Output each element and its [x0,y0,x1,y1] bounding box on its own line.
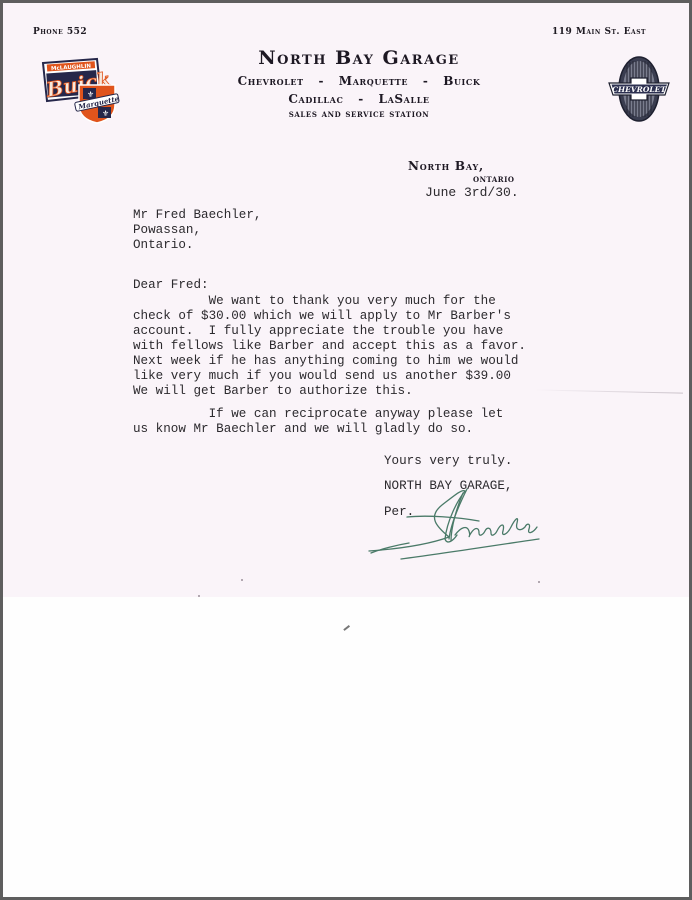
pen-mark [343,625,349,630]
paper-fold-line [533,389,683,393]
svg-text:⚜: ⚜ [102,109,109,118]
recipient-town: Powassan, [133,223,261,238]
street-address: 119 Main St. East [552,27,646,37]
salutation: Dear Fred: [133,278,209,293]
buick-marquette-logo-icon: McLAUGHLIN Buick ⚜ ⚜ Marquette [39,55,121,125]
company-name: North Bay Garage [153,47,565,69]
tagline: sales and service station [153,109,565,120]
paper-speck [241,579,243,581]
recipient-address: Mr Fred Baechler,Powassan,Ontario. [133,208,261,253]
paper-speck [538,581,540,583]
recipient-province: Ontario. [133,238,261,253]
body-paragraph-2: If we can reciprocate anyway please let … [133,407,503,437]
province: ONTARIO [473,175,514,184]
closing: Yours very truly. [384,454,512,469]
brands-line-1: Chevrolet - Marquette - Buick [153,74,565,88]
svg-text:CHEVROLET: CHEVROLET [612,85,667,94]
handwritten-signature-icon [367,487,547,562]
scanned-letter-frame: Phone 552 119 Main St. East McLAUGHLIN B… [0,0,692,900]
chevrolet-bowtie-logo-icon: CHEVROLET [607,55,671,123]
phone-number: Phone 552 [33,27,87,37]
letter-date: June 3rd/30. [425,185,519,200]
body-paragraph-1: We want to thank you very much for the c… [133,294,526,399]
recipient-name: Mr Fred Baechler, [133,208,261,223]
svg-text:⚜: ⚜ [87,90,94,99]
brands-line-2: Cadillac - LaSalle [153,92,565,106]
scan-background [3,597,689,900]
city: North Bay, [408,159,484,173]
letter-paper: Phone 552 119 Main St. East McLAUGHLIN B… [3,3,689,597]
